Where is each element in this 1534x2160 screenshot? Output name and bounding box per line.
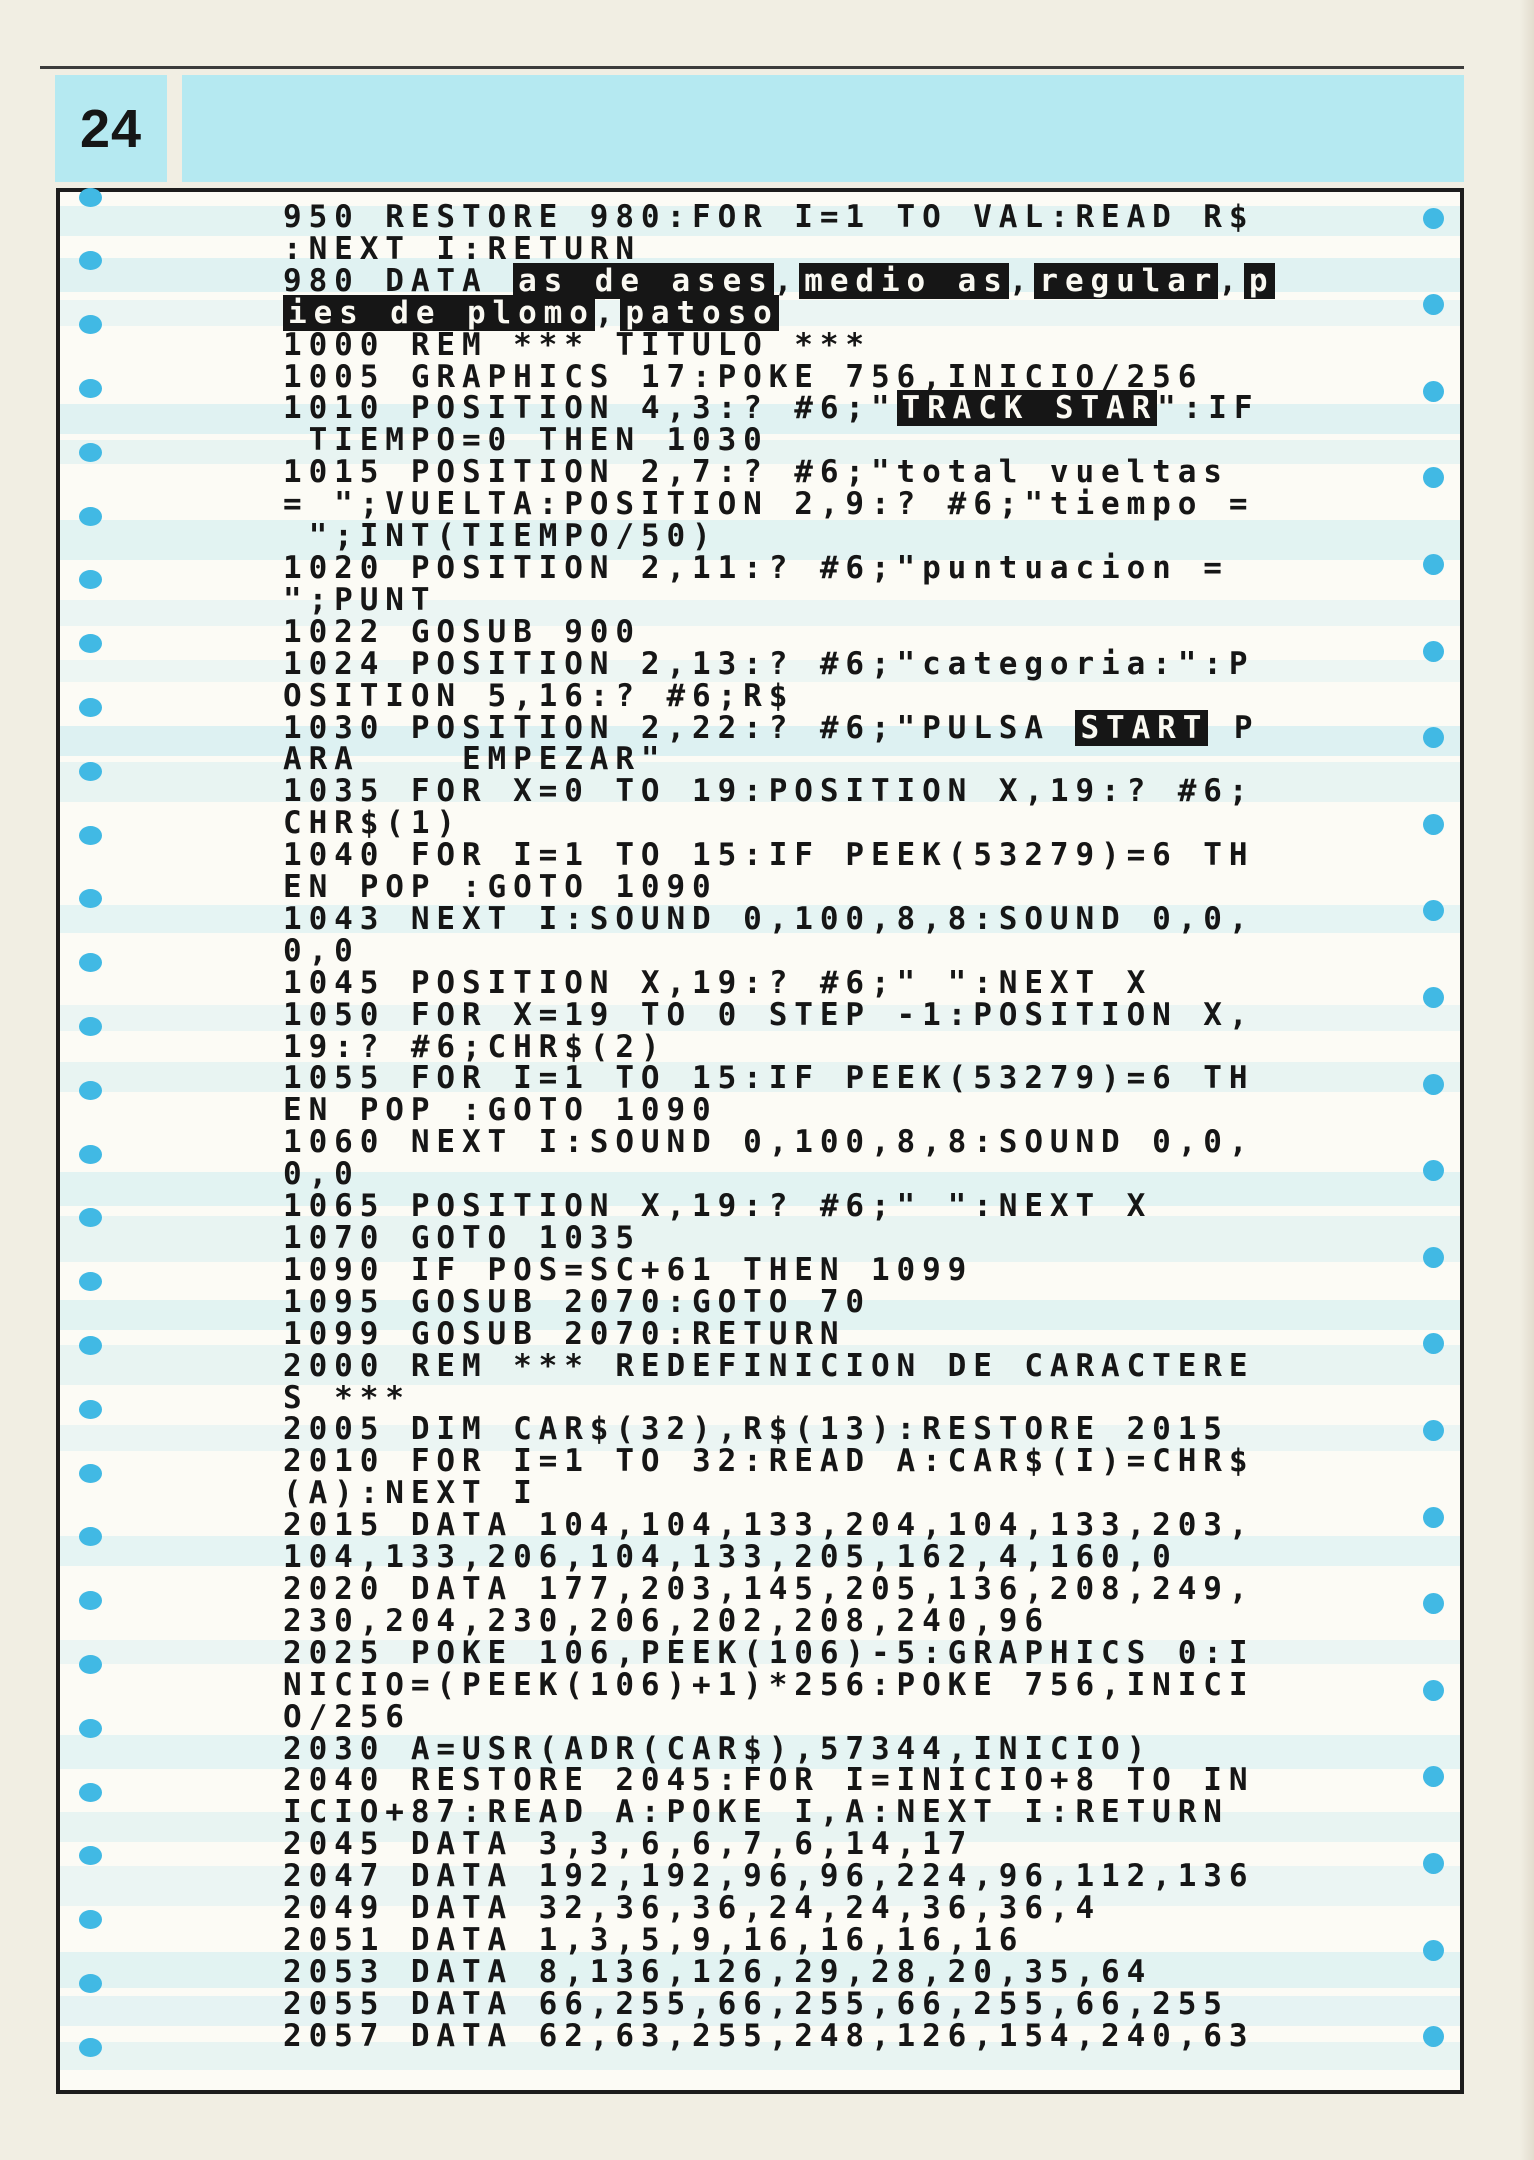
code-line: NICIO=(PEEK(106)+1)*256:POKE 756,INICI [283,1670,1275,1702]
code-text: S *** [283,1380,411,1416]
code-line: EN POP :GOTO 1090 [283,1095,1275,1127]
binding-dot [79,315,102,334]
inverse-video-text: as de ases [513,263,774,299]
code-text: 2020 DATA 177,203,145,205,136,208,249, [283,1571,1254,1607]
code-line: 1035 FOR X=0 TO 19:POSITION X,19:? #6; [283,776,1275,808]
code-line: O/256 [283,1702,1275,1734]
code-line: 950 RESTORE 980:FOR I=1 TO VAL:READ R$ [283,202,1275,234]
binding-dot [1423,1853,1444,1874]
code-text: 980 DATA [283,263,513,299]
binding-dot [1423,1420,1444,1441]
code-line: ";PUNT [283,585,1275,617]
binding-dot [1423,467,1444,488]
code-text: 2047 DATA 192,192,96,96,224,96,112,136 [283,1858,1254,1894]
binding-dot [79,1272,102,1291]
code-text: EN POP :GOTO 1090 [283,869,718,905]
code-text: 0,0 [283,933,360,969]
code-line: 2045 DATA 3,3,6,6,7,6,14,17 [283,1829,1275,1861]
code-text: ARA EMPEZAR" [283,741,666,777]
code-text: 950 RESTORE 980:FOR I=1 TO VAL:READ R$ [283,199,1254,235]
binding-dot [79,443,102,462]
code-line: 2015 DATA 104,104,133,204,104,133,203, [283,1510,1275,1542]
code-line: 0,0 [283,1159,1275,1191]
binding-dot [79,1910,102,1929]
code-text: 1035 FOR X=0 TO 19:POSITION X,19:? #6; [283,773,1254,809]
code-text: 1030 POSITION 2,22:? #6;"PULSA [283,710,1075,746]
code-line: ARA EMPEZAR" [283,744,1275,776]
code-line: 1040 FOR I=1 TO 15:IF PEEK(53279)=6 TH [283,840,1275,872]
code-line: :NEXT I:RETURN [283,234,1275,266]
code-text: 2049 DATA 32,36,36,24,24,36,36,4 [283,1890,1101,1926]
code-line: 980 DATA as de ases,medio as,regular,p [283,266,1275,298]
code-line: 1090 IF POS=SC+61 THEN 1099 [283,1255,1275,1287]
inverse-video-text: p [1244,263,1275,299]
binding-dot [1423,727,1444,748]
binding-dot [1423,900,1444,921]
binding-dot [79,379,102,398]
binding-dot [79,1017,102,1036]
code-line: CHR$(1) [283,808,1275,840]
code-text: 1060 NEXT I:SOUND 0,100,8,8:SOUND 0,0, [283,1124,1254,1160]
code-text: 0,0 [283,1156,360,1192]
code-text: 1022 GOSUB 900 [283,614,641,650]
code-text: , [1009,263,1035,299]
code-text: (A):NEXT I [283,1475,539,1511]
code-text: 2025 POKE 106,PEEK(106)-5:GRAPHICS 0:I [283,1635,1254,1671]
code-text: 19:? #6;CHR$(2) [283,1029,666,1065]
binding-dot [79,826,102,845]
code-text: ":IF [1157,390,1259,426]
binding-dot [79,1783,102,1802]
code-line: 230,204,230,206,202,208,240,96 [283,1606,1275,1638]
binding-dot [1423,1247,1444,1268]
code-text: O/256 [283,1699,411,1735]
code-line: 19:? #6;CHR$(2) [283,1032,1275,1064]
binding-dot [79,762,102,781]
code-text: 2040 RESTORE 2045:FOR I=INICIO+8 TO IN [283,1762,1254,1798]
code-text: , [1218,263,1244,299]
binding-dot [79,1208,102,1227]
code-line: 2025 POKE 106,PEEK(106)-5:GRAPHICS 0:I [283,1638,1275,1670]
binding-dot [79,1591,102,1610]
inverse-video-text: TRACK STAR [897,390,1158,426]
binding-dot [79,889,102,908]
binding-dot [1423,641,1444,662]
code-text: 104,133,206,104,133,205,162,4,160,0 [283,1539,1178,1575]
code-line: 1010 POSITION 4,3:? #6;"TRACK STAR":IF [283,393,1275,425]
code-text: 1065 POSITION X,19:? #6;" ":NEXT X [283,1188,1152,1224]
code-text: 1020 POSITION 2,11:? #6;"puntuacion = [283,550,1229,586]
code-line: 2051 DATA 1,3,5,9,16,16,16,16 [283,1925,1275,1957]
code-text: ";PUNT [283,582,436,618]
code-text: 1090 IF POS=SC+61 THEN 1099 [283,1252,973,1288]
code-text: 2045 DATA 3,3,6,6,7,6,14,17 [283,1826,973,1862]
binding-dot [1423,1333,1444,1354]
code-text: 1015 POSITION 2,7:? #6;"total vueltas [283,454,1229,490]
binding-dot [79,570,102,589]
code-line: 2000 REM *** REDEFINICION DE CARACTERE [283,1351,1275,1383]
code-text: 1045 POSITION X,19:? #6;" ":NEXT X [283,965,1152,1001]
code-line: (A):NEXT I [283,1478,1275,1510]
code-text: CHR$(1) [283,805,462,841]
top-rule [40,66,1464,69]
code-line: 2049 DATA 32,36,36,24,24,36,36,4 [283,1893,1275,1925]
code-text: 2015 DATA 104,104,133,204,104,133,203, [283,1507,1254,1543]
code-text: 2057 DATA 62,63,255,248,126,154,240,63 [283,2018,1254,2054]
code-line: ies de plomo,patoso [283,298,1275,330]
binding-dot [79,188,102,207]
binding-dot [1423,814,1444,835]
code-line: 1099 GOSUB 2070:RETURN [283,1319,1275,1351]
code-text: 230,204,230,206,202,208,240,96 [283,1603,1050,1639]
inverse-video-text: START [1075,710,1208,746]
binding-dot [79,1336,102,1355]
binding-dot [79,1846,102,1865]
code-line: 1045 POSITION X,19:? #6;" ":NEXT X [283,968,1275,1000]
code-text: 1095 GOSUB 2070:GOTO 70 [283,1284,871,1320]
binding-dot [1423,381,1444,402]
binding-dot [79,1719,102,1738]
code-text: EN POP :GOTO 1090 [283,1092,718,1128]
binding-dot [79,251,102,270]
code-text: 1099 GOSUB 2070:RETURN [283,1316,845,1352]
code-line: S *** [283,1383,1275,1415]
header-bar [182,75,1464,182]
page-number-box: 24 [55,75,167,182]
code-text: 1040 FOR I=1 TO 15:IF PEEK(53279)=6 TH [283,837,1254,873]
code-listing: 950 RESTORE 980:FOR I=1 TO VAL:READ R$:N… [283,202,1275,2053]
binding-dot [79,507,102,526]
binding-dot [1423,1766,1444,1787]
code-line: 1022 GOSUB 900 [283,617,1275,649]
inverse-video-text: ies de plomo [283,295,595,331]
page-number: 24 [80,98,142,160]
code-line: 1020 POSITION 2,11:? #6;"puntuacion = [283,553,1275,585]
binding-dot [1423,208,1444,229]
binding-dot [1423,1680,1444,1701]
binding-dot [1423,1160,1444,1181]
code-text: 1043 NEXT I:SOUND 0,100,8,8:SOUND 0,0, [283,901,1254,937]
code-line: = ";VUELTA:POSITION 2,9:? #6;"tiempo = [283,489,1275,521]
code-text: 2005 DIM CAR$(32),R$(13):RESTORE 2015 [283,1411,1229,1447]
code-line: 1005 GRAPHICS 17:POKE 756,INICIO/256 [283,362,1275,394]
code-text: OSITION 5,16:? #6;R$ [283,678,794,714]
code-text: , [774,263,800,299]
code-line: 2010 FOR I=1 TO 32:READ A:CAR$(I)=CHR$ [283,1446,1275,1478]
code-line: 1050 FOR X=19 TO 0 STEP -1:POSITION X, [283,1000,1275,1032]
code-text: 2000 REM *** REDEFINICION DE CARACTERE [283,1348,1254,1384]
code-line: 1065 POSITION X,19:? #6;" ":NEXT X [283,1191,1275,1223]
binding-dot [79,1145,102,1164]
code-text: P [1208,710,1259,746]
binding-dot [79,1081,102,1100]
binding-dot [79,1974,102,1993]
code-text: 2030 A=USR(ADR(CAR$),57344,INICIO) [283,1731,1152,1767]
code-line: 1070 GOTO 1035 [283,1223,1275,1255]
code-text: TIEMPO=0 THEN 1030 [283,422,769,458]
binding-dot [1423,1074,1444,1095]
binding-dot [1423,554,1444,575]
inverse-video-text: regular [1034,263,1218,299]
code-text: ";INT(TIEMPO/50) [283,518,718,554]
code-line: 2005 DIM CAR$(32),R$(13):RESTORE 2015 [283,1414,1275,1446]
code-text: 2053 DATA 8,136,126,29,28,20,35,64 [283,1954,1152,1990]
binding-dot [79,2038,102,2057]
code-line: 104,133,206,104,133,205,162,4,160,0 [283,1542,1275,1574]
code-text: ICIO+87:READ A:POKE I,A:NEXT I:RETURN [283,1794,1229,1830]
code-line: 2030 A=USR(ADR(CAR$),57344,INICIO) [283,1734,1275,1766]
binding-dot [79,1655,102,1674]
code-text: 1005 GRAPHICS 17:POKE 756,INICIO/256 [283,359,1203,395]
code-line: 1030 POSITION 2,22:? #6;"PULSA START P [283,713,1275,745]
code-text: 1010 POSITION 4,3:? #6;" [283,390,897,426]
code-line: 2053 DATA 8,136,126,29,28,20,35,64 [283,1957,1275,1989]
code-text: , [595,295,621,331]
code-line: 1024 POSITION 2,13:? #6;"categoria:":P [283,649,1275,681]
code-line: ICIO+87:READ A:POKE I,A:NEXT I:RETURN [283,1797,1275,1829]
binding-dot [1423,1593,1444,1614]
code-line: EN POP :GOTO 1090 [283,872,1275,904]
binding-dot [79,1400,102,1419]
binding-dot [79,1464,102,1483]
code-text: 1070 GOTO 1035 [283,1220,641,1256]
code-text: 1000 REM *** TITULO *** [283,327,871,363]
code-text: :NEXT I:RETURN [283,231,641,267]
code-line: 1060 NEXT I:SOUND 0,100,8,8:SOUND 0,0, [283,1127,1275,1159]
code-line: 2055 DATA 66,255,66,255,66,255,66,255 [283,1989,1275,2021]
code-line: 0,0 [283,936,1275,968]
code-text: 1024 POSITION 2,13:? #6;"categoria:":P [283,646,1254,682]
code-line: 1043 NEXT I:SOUND 0,100,8,8:SOUND 0,0, [283,904,1275,936]
binding-dot [79,698,102,717]
code-line: 2057 DATA 62,63,255,248,126,154,240,63 [283,2021,1275,2053]
binding-dot [1423,294,1444,315]
code-line: 1095 GOSUB 2070:GOTO 70 [283,1287,1275,1319]
code-line: 2040 RESTORE 2045:FOR I=INICIO+8 TO IN [283,1765,1275,1797]
binding-dot [79,953,102,972]
code-line: OSITION 5,16:? #6;R$ [283,681,1275,713]
inverse-video-text: medio as [799,263,1009,299]
inverse-video-text: patoso [620,295,778,331]
code-line: 1000 REM *** TITULO *** [283,330,1275,362]
code-text: 1055 FOR I=1 TO 15:IF PEEK(53279)=6 TH [283,1060,1254,1096]
code-line: ";INT(TIEMPO/50) [283,521,1275,553]
binding-dot [79,1527,102,1546]
code-text: 2010 FOR I=1 TO 32:READ A:CAR$(I)=CHR$ [283,1443,1254,1479]
magazine-page: 24 950 RESTORE 980:FOR I=1 TO VAL:READ R… [0,0,1534,2160]
code-line: TIEMPO=0 THEN 1030 [283,425,1275,457]
binding-dot [79,634,102,653]
binding-dot [1423,1507,1444,1528]
code-line: 1015 POSITION 2,7:? #6;"total vueltas [283,457,1275,489]
binding-dot [1423,1940,1444,1961]
code-line: 2020 DATA 177,203,145,205,136,208,249, [283,1574,1275,1606]
code-text: = ";VUELTA:POSITION 2,9:? #6;"tiempo = [283,486,1254,522]
code-text: 2051 DATA 1,3,5,9,16,16,16,16 [283,1922,1024,1958]
code-text: NICIO=(PEEK(106)+1)*256:POKE 756,INICI [283,1667,1254,1703]
code-text: 1050 FOR X=19 TO 0 STEP -1:POSITION X, [283,997,1254,1033]
page-edge-shadow [1520,0,1534,2160]
code-text: 2055 DATA 66,255,66,255,66,255,66,255 [283,1986,1229,2022]
binding-dot [1423,987,1444,1008]
code-line: 1055 FOR I=1 TO 15:IF PEEK(53279)=6 TH [283,1063,1275,1095]
binding-dot [1423,2026,1444,2047]
code-line: 2047 DATA 192,192,96,96,224,96,112,136 [283,1861,1275,1893]
